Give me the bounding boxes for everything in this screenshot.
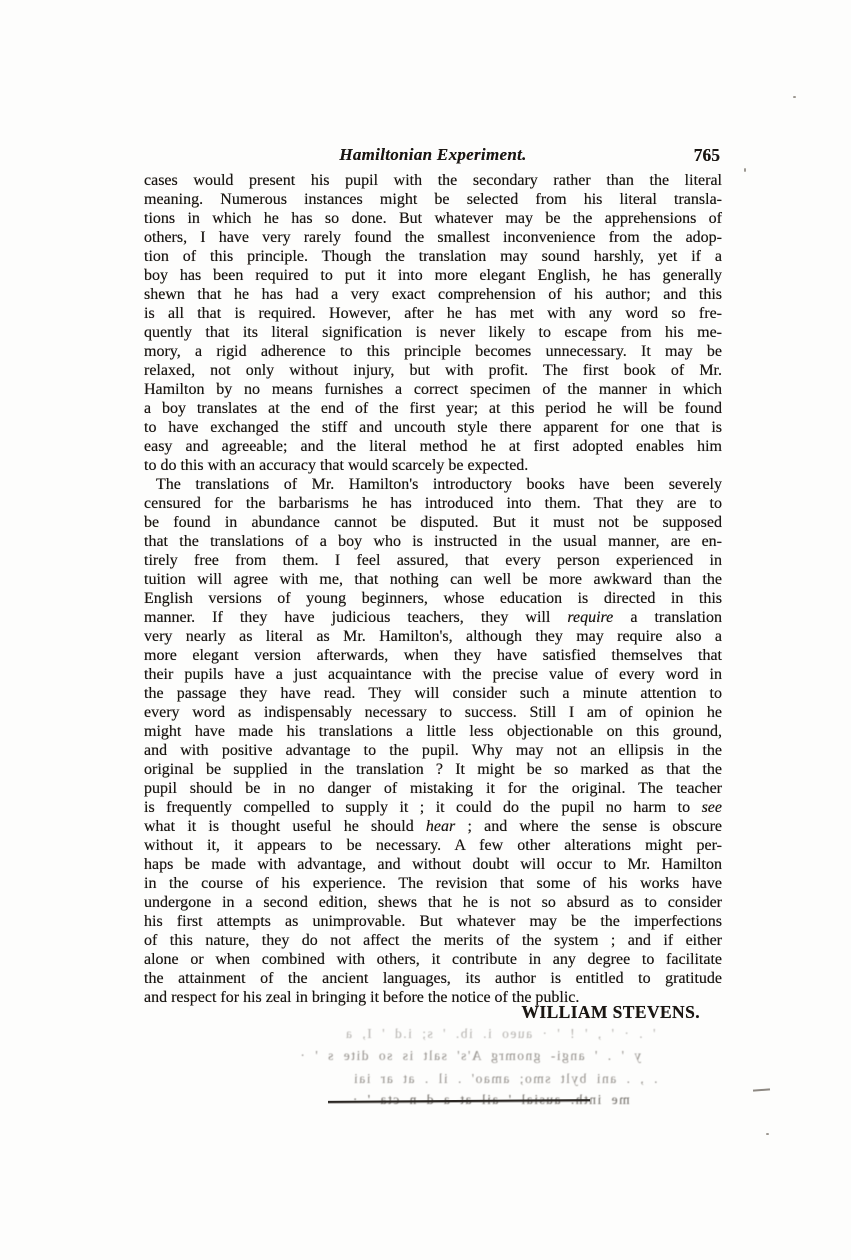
text-line: be found in abundance cannot be disputed… [144,513,722,532]
text-line: that the translations of a boy who is in… [144,532,722,551]
text-line: tions in which he has so done. But whate… [144,209,722,228]
text-line: easy and agreeable; and the literal meth… [144,437,722,456]
text-line: tuition will agree with me, that nothing… [144,570,722,589]
paragraph: cases would present his pupil with the s… [144,171,722,475]
text-line: in the course of his experience. The rev… [144,874,722,893]
text-line: cases would present his pupil with the s… [144,171,722,190]
text-line: what it is thought useful he should hear… [144,817,722,836]
text-line: might have made his translations a littl… [144,722,722,741]
text-line: very nearly as literal as Mr. Hamilton's… [144,627,722,646]
text-line: relaxed, not only without injury, but wi… [144,361,722,380]
text-line: more elegant version afterwards, when th… [144,646,722,665]
bleedthrough-line-1: ' . · ' , ' ! ' · aueo i. ib. ' s; i.d '… [335,1026,665,1042]
text-line: manner. If they have judicious teachers,… [144,608,722,627]
page-number: 765 [694,145,720,166]
text-line: to do this with an accuracy that would s… [144,456,722,475]
scan-speck [766,1133,769,1135]
text-line: shewn that he has had a very exact compr… [144,285,722,304]
text-line: undergone in a second edition, shews tha… [144,893,722,912]
text-line: every word as indispensably necessary to… [144,703,722,722]
text-line: without it, it appears to be necessary. … [144,836,722,855]
text-line: to have exchanged the stiff and uncouth … [144,418,722,437]
text-line: and with positive advantage to the pupil… [144,741,722,760]
bleedthrough-line-3: . , . ani bylt smo; amao' . il . at ar i… [300,1071,710,1087]
author-signature: WILLIAM STEVENS. [144,1002,700,1023]
text-line: original be supplied in the translation … [144,760,722,779]
text-line: a boy translates at the end of the first… [144,399,722,418]
scan-speck [793,96,796,98]
text-line: mory, a rigid adherence to this principl… [144,342,722,361]
text-line: his first attempts as unimprovable. But … [144,912,722,931]
bleedthrough-line-2: y ' . ' angi- gnomrg A's' salt is so dit… [230,1048,710,1064]
text-line: censured for the barbarisms he has intro… [144,494,722,513]
text-line: tion of this principle. Though the trans… [144,247,722,266]
running-head: Hamiltonian Experiment. 765 [144,145,722,167]
text-line: Hamilton by no means furnishes a correct… [144,380,722,399]
text-line: of this nature, they do not affect the m… [144,931,722,950]
text-line: haps be made with advantage, and without… [144,855,722,874]
text-line: alone or when combined with others, it c… [144,950,722,969]
article-body: cases would present his pupil with the s… [144,171,722,1007]
text-line: meaning. Numerous instances might be sel… [144,190,722,209]
text-line: others, I have very rarely found the sma… [144,228,722,247]
text-line: their pupils have a just acquaintance wi… [144,665,722,684]
text-line: the attainment of the ancient languages,… [144,969,722,988]
text-line: The translations of Mr. Hamilton's intro… [144,475,722,494]
running-head-title: Hamiltonian Experiment. [144,145,722,165]
scan-speck [744,168,746,172]
text-line: the passage they have read. They will co… [144,684,722,703]
paragraph: The translations of Mr. Hamilton's intro… [144,475,722,1007]
text-line: English versions of young beginners, who… [144,589,722,608]
text-line: pupil should be in no danger of mistakin… [144,779,722,798]
scanned-book-page: Hamiltonian Experiment. 765 cases would … [0,0,851,1260]
text-line: is all that is required. However, after … [144,304,722,323]
text-line: is frequently compelled to supply it ; i… [144,798,722,817]
text-line: boy has been required to put it into mor… [144,266,722,285]
margin-ink-dash [753,1088,770,1091]
text-line: tirely free from them. I feel assured, t… [144,551,722,570]
text-line: quently that its literal signification i… [144,323,722,342]
